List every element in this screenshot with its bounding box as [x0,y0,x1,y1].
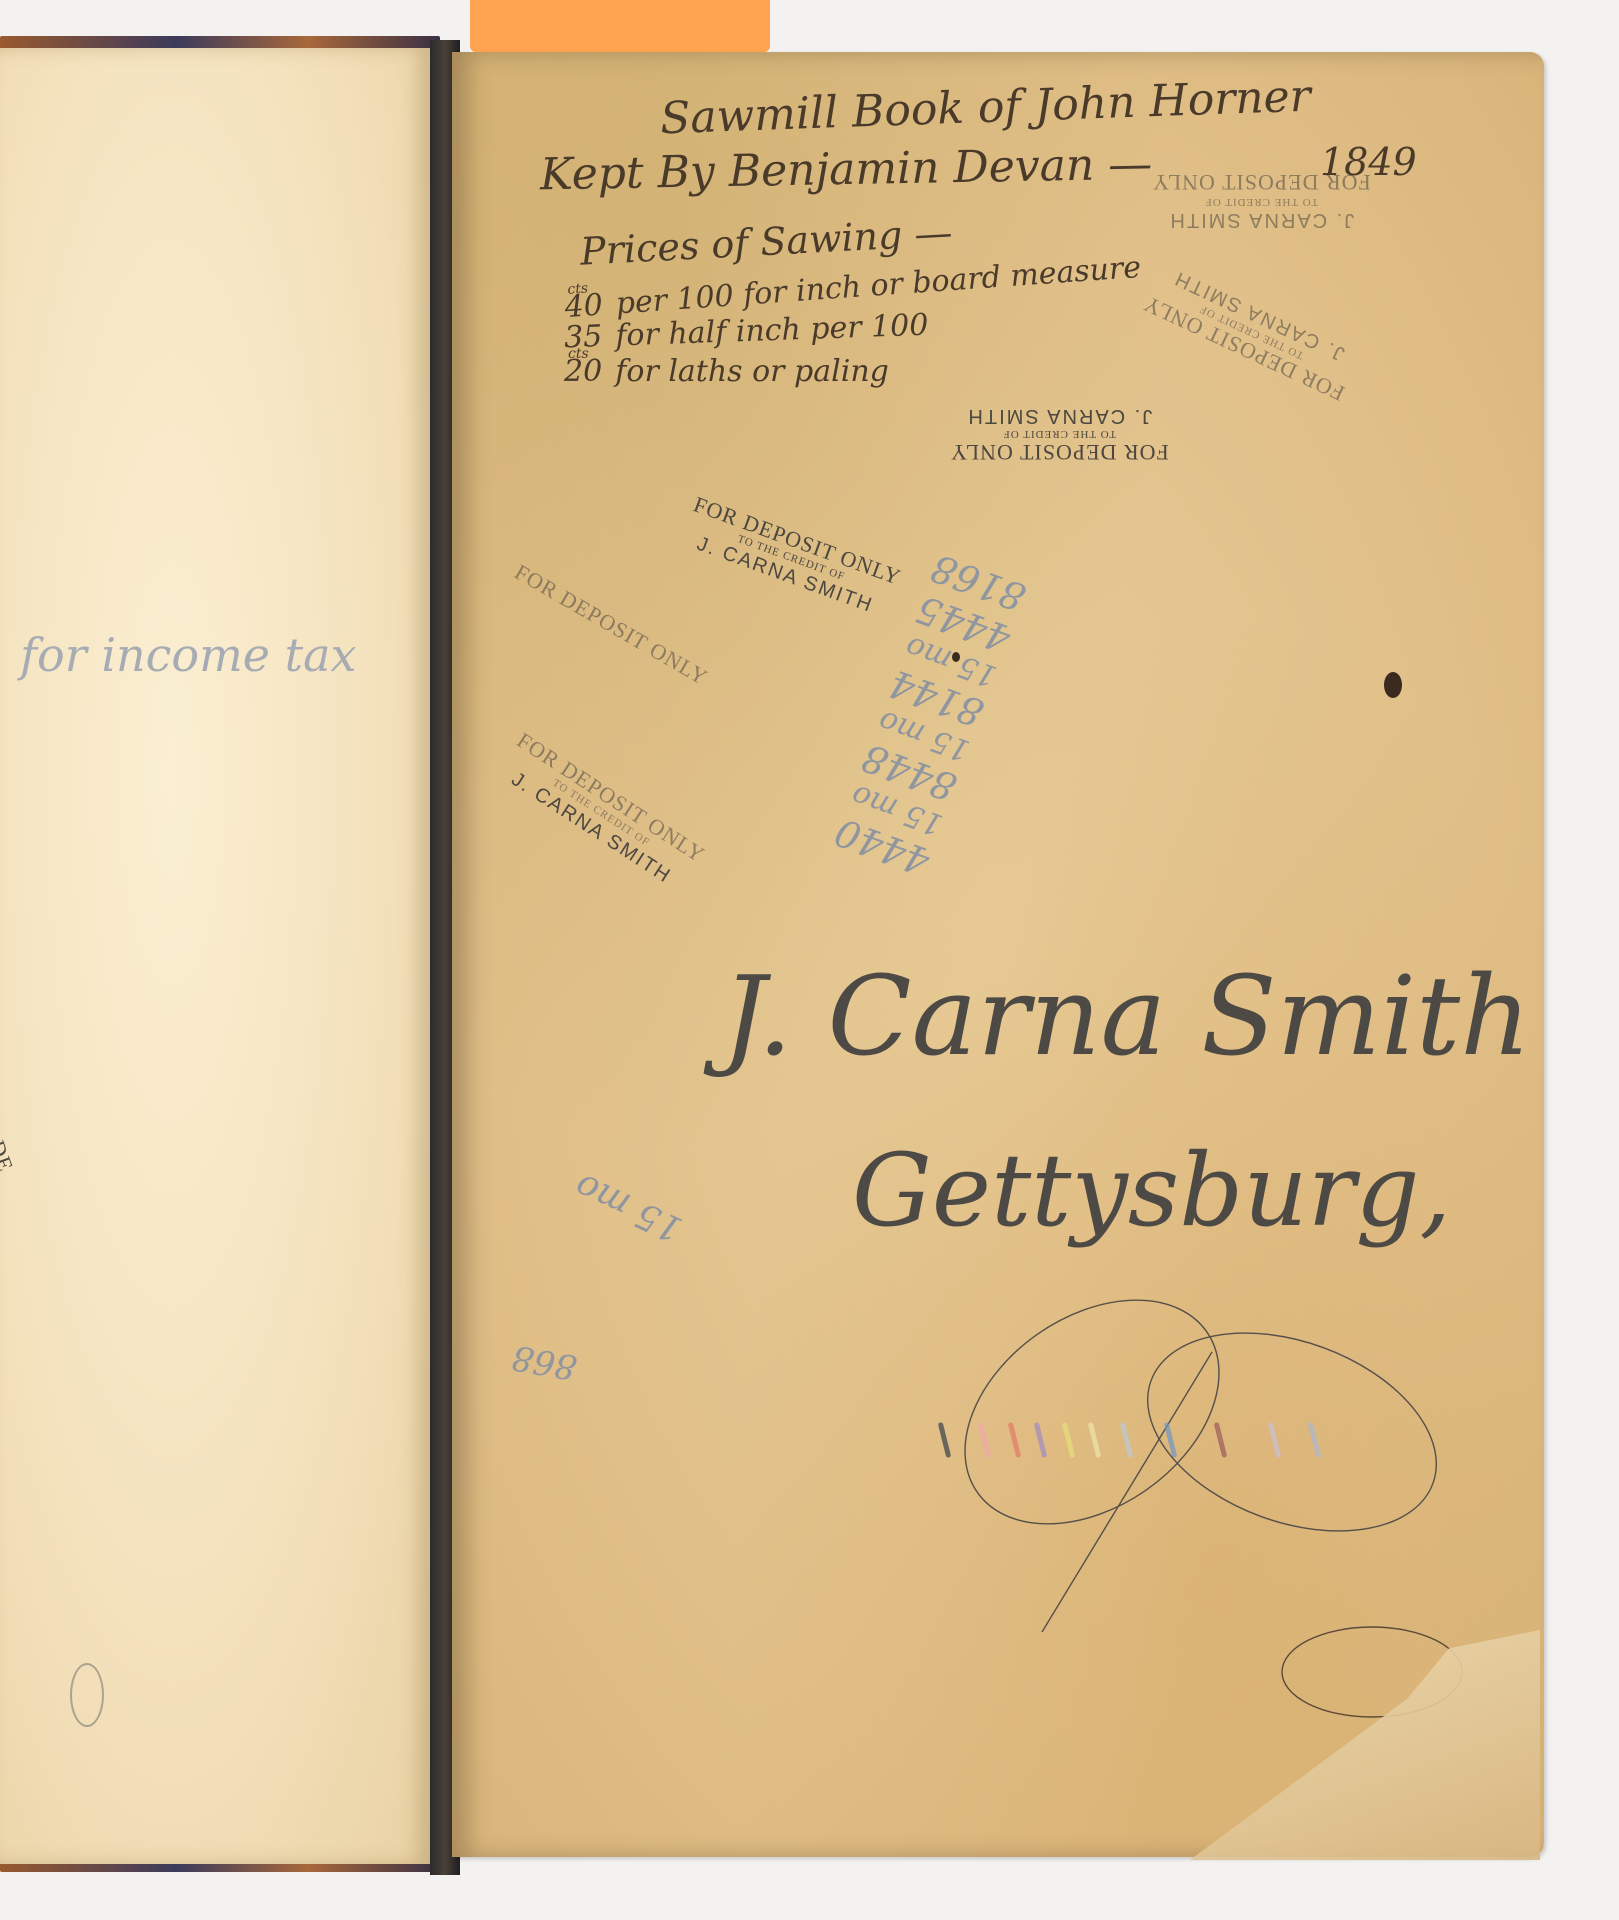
ink-smudge [70,1663,104,1727]
crayon-test-marks [942,1422,1342,1482]
deposit-stamp: FOR DEPOSIT ONLY [510,559,712,690]
deposit-stamp: J. CARNA SMITH TO THE CREDIT OF FOR DEPO… [1152,170,1371,231]
orange-bookmark-tab [470,0,770,52]
ink-blot [1384,672,1402,698]
ledger-keeper: Kept By Benjamin Devan — [540,139,1153,201]
pencil-note: 868 [509,1337,580,1388]
pencil-note: 15 mo [569,1165,689,1250]
deposit-stamp: FOR DEPOSIT ONLY TO THE CREDIT OF J. CAR… [493,727,710,897]
deposit-stamp: FOR DEPOSIT ONLY TO THE CREDIT OF J. CAR… [1139,259,1363,407]
pencil-note-income-tax: for income tax [20,628,356,682]
deposit-stamp: FOR DEPOSIT ONLY TO THE CREDIT OF J. CAR… [950,404,1169,465]
deposit-stamp: FOR DEPOSIT ONLY TO THE CREDIT OF J. CAR… [678,491,904,623]
left-page: for income tax FOR DE [0,48,430,1864]
stamp-fragment: FOR DE [0,1088,19,1175]
prices-heading: Prices of Sawing — [579,210,953,273]
place-name: Gettysburg, [852,1132,1451,1249]
right-page: Sawmill Book of John Horner Kept By Benj… [452,52,1544,1857]
ink-blot [952,652,960,662]
price-row: cts 20 for laths or paling [564,354,889,389]
signature: J. Carna Smith [722,952,1531,1080]
ledger-title: Sawmill Book of John Horner [659,71,1311,145]
